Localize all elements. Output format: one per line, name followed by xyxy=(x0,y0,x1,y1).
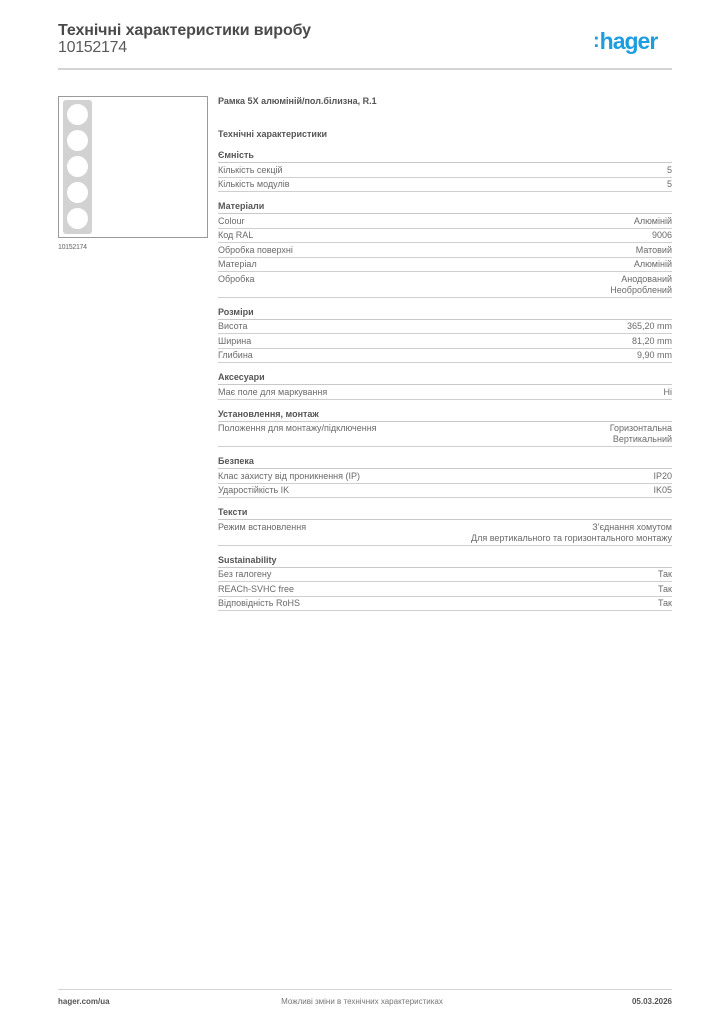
spec-label: Положення для монтажу/підключення xyxy=(218,423,377,434)
spec-label: Кількість секцій xyxy=(218,165,283,176)
spec-row: Режим встановленняЗ'єднання хомутом Для … xyxy=(218,520,672,546)
spec-label: Обробка поверхні xyxy=(218,245,293,256)
group-title: Тексти xyxy=(218,506,672,520)
spec-value: Так xyxy=(658,598,672,609)
spec-value: 5 xyxy=(667,165,672,176)
group-title: Установлення, монтаж xyxy=(218,408,672,422)
spec-value: IK05 xyxy=(653,485,672,496)
spec-row: Ширина81,20 mm xyxy=(218,334,672,349)
spec-value: Так xyxy=(658,584,672,595)
product-image xyxy=(58,96,208,238)
image-caption: 10152174 xyxy=(58,244,87,251)
spec-group: SustainabilityБез галогенуТакREACh-SVHC … xyxy=(218,554,672,612)
spec-value: 81,20 mm xyxy=(632,336,672,347)
spec-row: Без галогенуТак xyxy=(218,568,672,583)
spec-row: Відповідність RoHSТак xyxy=(218,597,672,612)
frame-opening-icon xyxy=(67,130,88,151)
spec-label: Глибина xyxy=(218,350,253,361)
spec-label: Матеріал xyxy=(218,259,257,270)
spec-row: ColourАлюміній xyxy=(218,214,672,229)
footer-disclaimer: Можливі зміни в технічних характеристика… xyxy=(0,997,724,1006)
spec-heading: Технічні характеристики xyxy=(218,127,672,141)
hager-logo: :hager xyxy=(593,28,657,55)
spec-group: БезпекаКлас захисту від проникнення (IP)… xyxy=(218,455,672,498)
logo-colon-icon: : xyxy=(593,30,599,52)
group-title: Аксесуари xyxy=(218,371,672,385)
spec-value: 5 xyxy=(667,179,672,190)
group-title: Матеріали xyxy=(218,200,672,214)
spec-value: 9006 xyxy=(652,230,672,241)
spec-row: ОбробкаАнодований Необроблений xyxy=(218,272,672,298)
spec-label: Без галогену xyxy=(218,569,271,580)
spec-section: Рамка 5X алюміній/пол.білизна, R.1 Техні… xyxy=(218,92,672,611)
spec-group: ТекстиРежим встановленняЗ'єднання хомуто… xyxy=(218,506,672,546)
product-code: 10152174 xyxy=(58,39,127,57)
spec-value: 365,20 mm xyxy=(627,321,672,332)
spec-group: АксесуариМає поле для маркуванняНі xyxy=(218,371,672,400)
frame-opening-icon xyxy=(67,208,88,229)
spec-label: Режим встановлення xyxy=(218,522,306,533)
spec-group: МатеріалиColourАлюмінійКод RAL9006Обробк… xyxy=(218,200,672,298)
spec-value: Матовий xyxy=(636,245,672,256)
spec-label: Кількість модулів xyxy=(218,179,290,190)
spec-label: Colour xyxy=(218,216,245,227)
spec-row: Висота365,20 mm xyxy=(218,320,672,335)
spec-row: Код RAL9006 xyxy=(218,229,672,244)
spec-label: Обробка xyxy=(218,274,254,285)
spec-label: REACh-SVHC free xyxy=(218,584,294,595)
frame-illustration-icon xyxy=(63,100,92,234)
spec-row: Глибина9,90 mm xyxy=(218,349,672,364)
spec-value: Анодований Необроблений xyxy=(610,274,672,296)
spec-group: Установлення, монтажПоложення для монтаж… xyxy=(218,408,672,448)
spec-value: З'єднання хомутом Для вертикального та г… xyxy=(471,522,672,544)
spec-value: Горизонтальна Вертикальний xyxy=(610,423,672,445)
spec-row: МатеріалАлюміній xyxy=(218,258,672,273)
group-title: Sustainability xyxy=(218,554,672,568)
frame-opening-icon xyxy=(67,104,88,125)
spec-value: IP20 xyxy=(653,471,672,482)
spec-value: Алюміній xyxy=(634,216,672,227)
spec-group: ЄмністьКількість секцій5Кількість модулі… xyxy=(218,149,672,192)
spec-label: Має поле для маркування xyxy=(218,387,327,398)
footer-divider xyxy=(58,989,672,990)
spec-row: Кількість модулів5 xyxy=(218,178,672,193)
spec-value: Так xyxy=(658,569,672,580)
spec-label: Код RAL xyxy=(218,230,253,241)
spec-row: Положення для монтажу/підключенняГоризон… xyxy=(218,422,672,448)
spec-value: Алюміній xyxy=(634,259,672,270)
spec-row: Має поле для маркуванняНі xyxy=(218,385,672,400)
spec-row: Клас захисту від проникнення (IP)IP20 xyxy=(218,469,672,484)
logo-text: hager xyxy=(600,28,658,54)
spec-row: Обробка поверхніМатовий xyxy=(218,243,672,258)
spec-group: РозміриВисота365,20 mmШирина81,20 mmГлиб… xyxy=(218,306,672,364)
spec-label: Ширина xyxy=(218,336,251,347)
frame-opening-icon xyxy=(67,156,88,177)
spec-value: Ні xyxy=(664,387,673,398)
group-title: Ємність xyxy=(218,149,672,163)
footer-date: 05.03.2026 xyxy=(632,997,672,1006)
spec-groups: ЄмністьКількість секцій5Кількість модулі… xyxy=(218,149,672,611)
spec-row: Ударостійкість IKIK05 xyxy=(218,484,672,499)
spec-label: Клас захисту від проникнення (IP) xyxy=(218,471,360,482)
spec-label: Відповідність RoHS xyxy=(218,598,300,609)
spec-value: 9,90 mm xyxy=(637,350,672,361)
header-divider xyxy=(58,68,672,70)
group-title: Розміри xyxy=(218,306,672,320)
spec-label: Ударостійкість IK xyxy=(218,485,289,496)
group-title: Безпека xyxy=(218,455,672,469)
frame-opening-icon xyxy=(67,182,88,203)
spec-row: REACh-SVHC freeТак xyxy=(218,582,672,597)
spec-row: Кількість секцій5 xyxy=(218,163,672,178)
spec-label: Висота xyxy=(218,321,247,332)
product-name: Рамка 5X алюміній/пол.білизна, R.1 xyxy=(218,94,672,108)
page-title: Технічні характеристики виробу xyxy=(58,22,311,40)
